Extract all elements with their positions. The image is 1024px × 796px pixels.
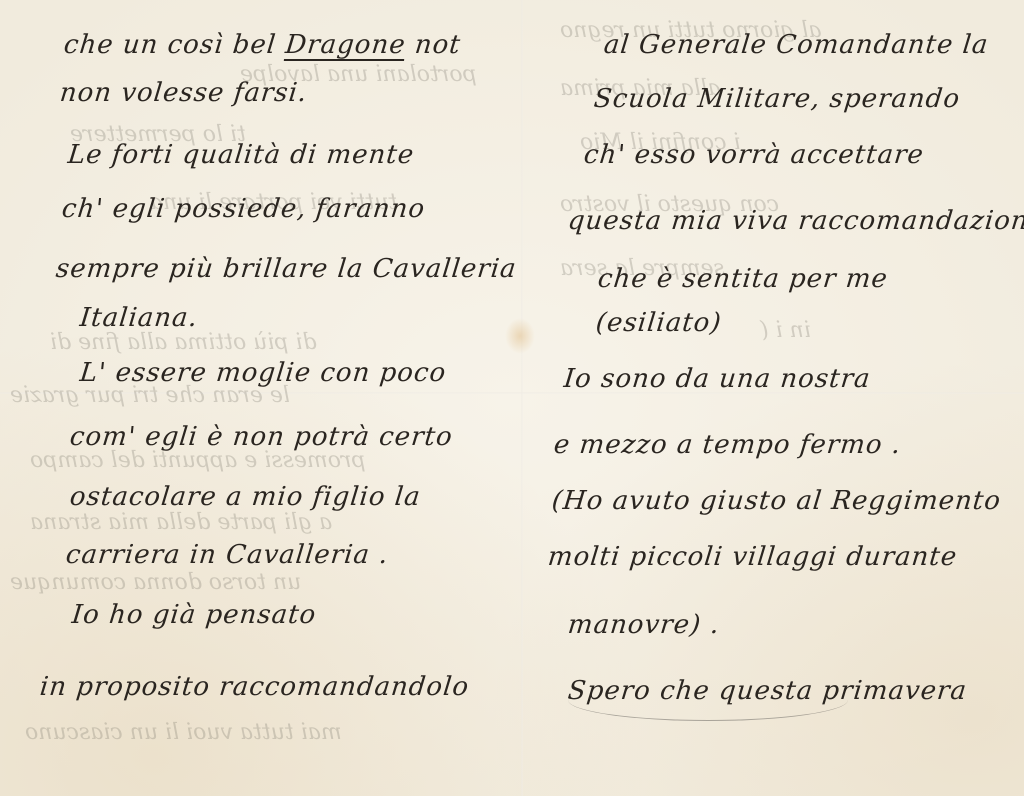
letter-scan: portolani una lavolpe ti lo permettere t… [0,0,1024,796]
letter-line: non volesse farsi. [58,78,308,108]
letter-line: Io sono da una nostra [562,364,872,394]
letter-line: Scuola Militare, sperando [592,84,961,114]
letter-line: che un così bel Dragone not [62,30,462,60]
letter-line: molti piccoli villaggi durante [546,542,958,572]
letter-line: manovre) . [566,610,721,640]
letter-line: e mezzo a tempo fermo . [552,430,902,460]
letter-line-text: che un così bel Dragone not [62,30,462,60]
vertical-fold-line [521,0,523,796]
letter-line: che è sentita per me [596,264,889,294]
letter-line: carriera in Cavalleria . [64,540,390,570]
letter-line: Le forti qualità di mente [66,140,415,170]
letter-line: al Generale Comandante la [602,30,990,60]
letter-line: Io ho già pensato [70,600,317,630]
letter-line: questa mia viva raccomandazione [566,206,1024,236]
letter-line: L' essere moglie con poco [78,358,447,388]
letter-line: (esiliato) [594,308,723,338]
letter-page-right: al Generale Comandante la Scuola Militar… [524,0,1024,796]
letter-line: (Ho avuto giusto al Reggimento [550,486,1002,516]
letter-line: ch' esso vorrà accettare [582,140,925,170]
letter-line: sempre più brillare la Cavalleria [54,254,518,284]
letter-line: ch' egli possiede, faranno [60,194,426,224]
letter-page-left: che un così bel Dragone not non volesse … [0,0,520,796]
letter-line: Italiana. [78,303,199,333]
letter-line: com' egli è non potrà certo [68,422,454,452]
letter-line: ostacolare a mio figlio la [68,482,422,512]
letter-line: in proposito raccomandandolo [38,672,470,702]
underlined-word: Dragone [284,30,407,60]
